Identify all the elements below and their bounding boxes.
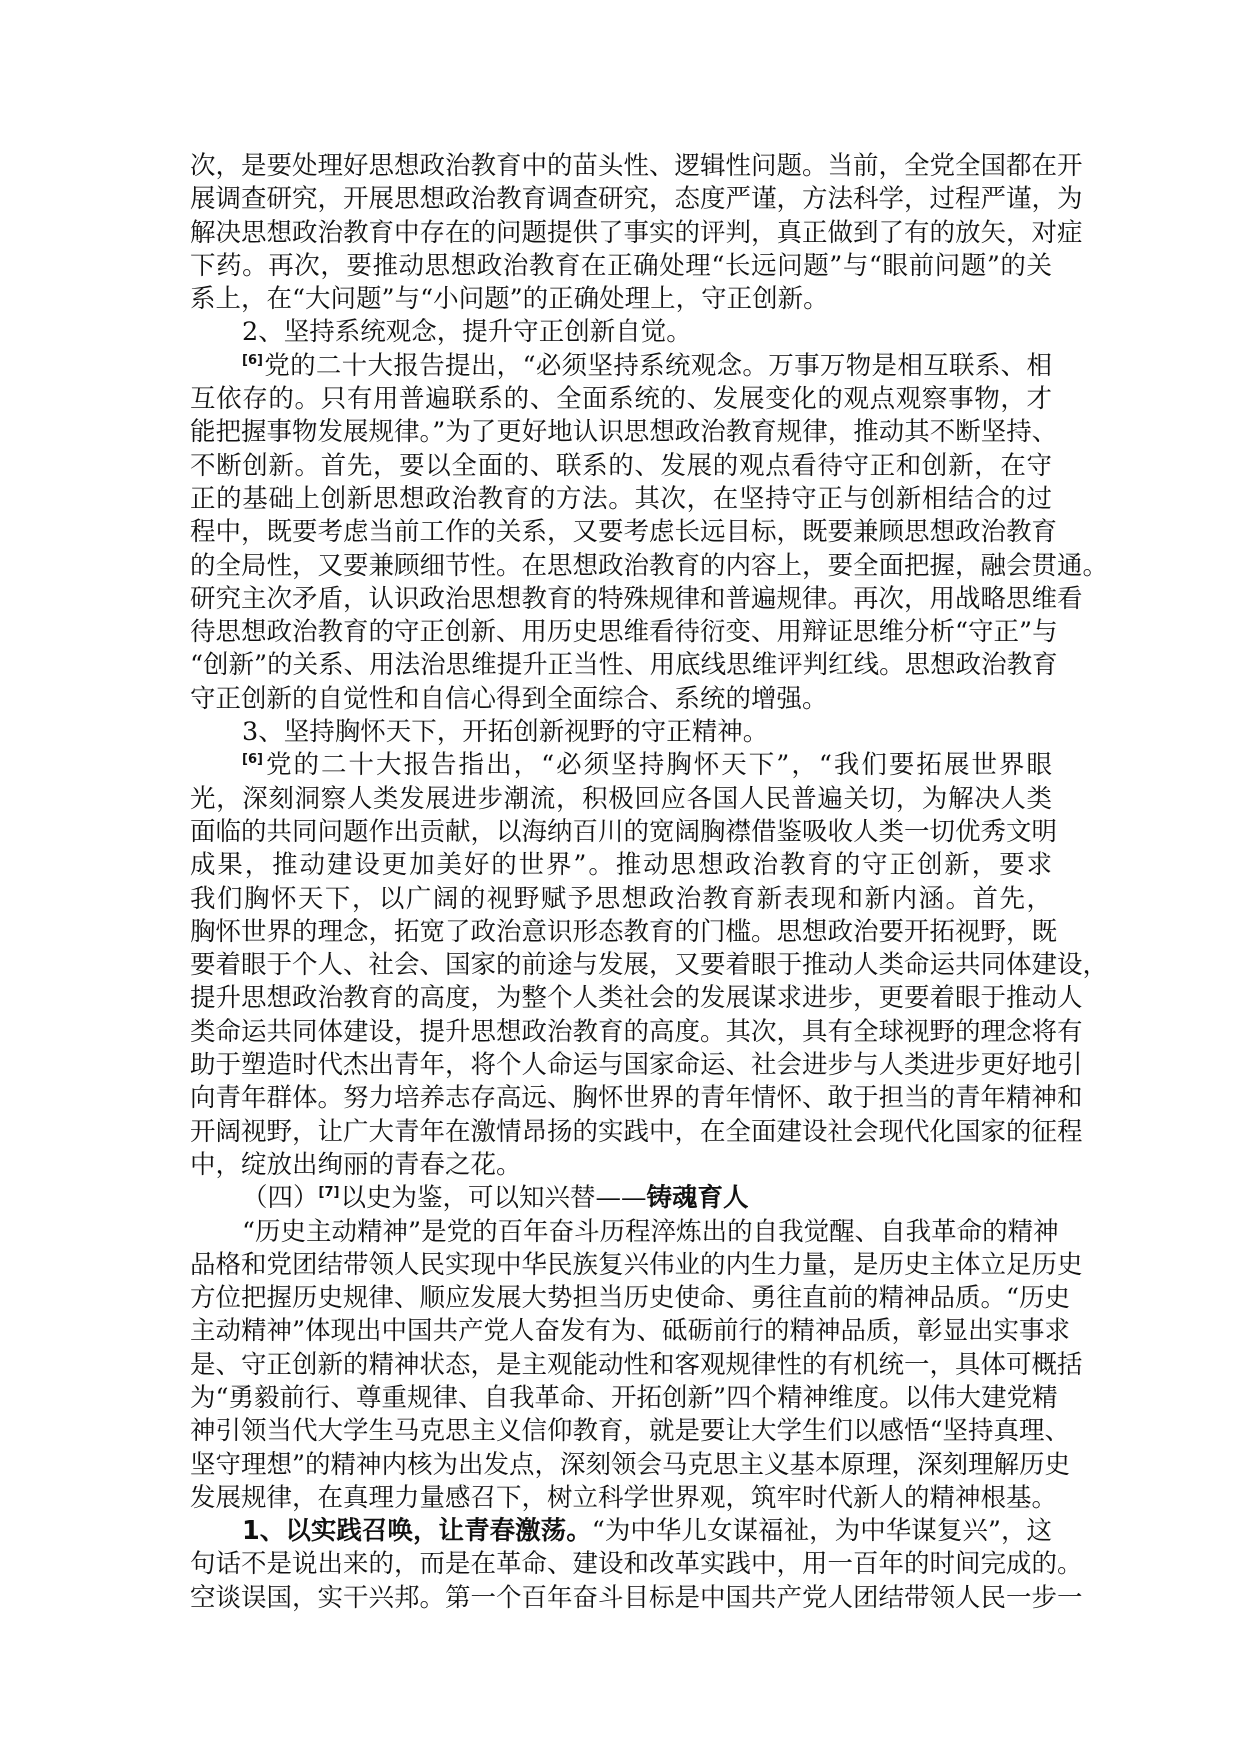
text-line: “历史主动精神”是党的百年奋斗历程淬炼出的自我觉醒、自我革命的精神 — [190, 1216, 1052, 1249]
text-line: 主动精神”体现出中国共产党人奋发有为、砥砺前行的精神品质，彰显出实事求 — [190, 1315, 1052, 1348]
subheading-system-concept: 2、坚持系统观念，提升守正创新自觉。 — [190, 316, 1052, 349]
text-line: 胸怀世界的理念，拓宽了政治意识形态教育的门槛。思想政治要开拓视野，既 — [190, 916, 1052, 949]
text-line: 下药。再次，要推动思想政治教育在正确处理“长远问题”与“眼前问题”的关 — [190, 250, 1052, 283]
section-title-emphasis: 铸魂育人 — [646, 1183, 748, 1213]
text-line: 不断创新。首先，要以全面的、联系的、发展的观点看待守正和创新，在守 — [190, 450, 1052, 483]
text-line: 神引领当代大学生马克思主义信仰教育，就是要让大学生们以感悟“坚持真理、 — [190, 1415, 1052, 1448]
paragraph-system-concept: [6]党的二十大报告提出，“必须坚持系统观念。万事万物是相互联系、相 互依存的。… — [190, 350, 1052, 716]
text-line: 为“勇毅前行、尊重规律、自我革命、开拓创新”四个精神维度。以伟大建党精 — [190, 1382, 1052, 1415]
paragraph-lead-bold: 1、以实践召唤，让青春激荡。 — [242, 1516, 592, 1546]
text-line: 开阔视野，让广大青年在激情昂扬的实践中，在全面建设社会现代化国家的征程 — [190, 1116, 1052, 1149]
paragraph-continuation: 次，是要处理好思想政治教育中的苗头性、逻辑性问题。当前，全党全国都在开 展调查研… — [190, 150, 1052, 316]
text-line: 方位把握历史规律、顺应发展大势担当历史使命、勇往直前的精神品质。“历史 — [190, 1282, 1052, 1315]
text-line: 的全局性，又要兼顾细节性。在思想政治教育的内容上，要全面把握，融会贯通。 — [190, 550, 1052, 583]
paragraph-practice-youth: 1、以实践召唤，让青春激荡。“为中华儿女谋福祉，为中华谋复兴”，这 句话不是说出… — [190, 1515, 1052, 1615]
text-line: 发展规律，在真理力量感召下，树立科学世界观，筑牢时代新人的精神根基。 — [190, 1482, 1052, 1515]
section-heading-four: （四）[7]以史为鉴，可以知兴替——铸魂育人 — [190, 1182, 1052, 1215]
text-span: “为中华儿女谋福祉，为中华谋复兴”，这 — [592, 1516, 1052, 1546]
text-line: 提升思想政治教育的高度，为整个人类社会的发展谋求进步，更要着眼于推动人 — [190, 982, 1052, 1015]
text-line: 品格和党团结带领人民实现中华民族复兴伟业的内生力量，是历史主体立足历史 — [190, 1249, 1052, 1282]
text-span: 党的二十大报告指出，“必须坚持胸怀天下”，“我们要拓展世界眼 — [264, 750, 1052, 780]
text-line: 正的基础上创新思想政治教育的方法。其次，在坚持守正与创新相结合的过 — [190, 483, 1052, 516]
text-line: 坚守理想”的精神内核为出发点，深刻领会马克思主义基本原理，深刻理解历史 — [190, 1449, 1052, 1482]
section-number: （四） — [242, 1183, 319, 1213]
text-line: 助于塑造时代杰出青年，将个人命运与国家命运、社会进步与人类进步更好地引 — [190, 1049, 1052, 1082]
section-title: 以史为鉴，可以知兴替—— — [340, 1183, 646, 1213]
text-line: 要着眼于个人、社会、国家的前途与发展，又要着眼于推动人类命运共同体建设， — [190, 949, 1052, 982]
text-line: 研究主次矛盾，认识政治思想教育的特殊规律和普遍规律。再次，用战略思维看 — [190, 583, 1052, 616]
document-page: 次，是要处理好思想政治教育中的苗头性、逻辑性问题。当前，全党全国都在开 展调查研… — [190, 150, 1052, 1615]
text-line: 成果，推动建设更加美好的世界”。推动思想政治教育的守正创新，要求 — [190, 849, 1052, 882]
text-line: 待思想政治教育的守正创新、用历史思维看待衍变、用辩证思维分析“守正”与 — [190, 616, 1052, 649]
citation-marker: [6] — [242, 353, 263, 368]
text-line: 是、守正创新的精神状态，是主观能动性和客观规律性的有机统一，具体可概括 — [190, 1349, 1052, 1382]
citation-marker: [6] — [242, 752, 263, 767]
text-line: 解决思想政治教育中存在的问题提供了事实的评判，真正做到了有的放矢，对症 — [190, 217, 1052, 250]
text-line: 句话不是说出来的，而是在革命、建设和改革实践中，用一百年的时间完成的。 — [190, 1548, 1052, 1581]
text-line: 我们胸怀天下，以广阔的视野赋予思想政治教育新表现和新内涵。首先， — [190, 883, 1052, 916]
text-line: 能把握事物发展规律。”为了更好地认识思想政治教育规律，推动其不断坚持、 — [190, 416, 1052, 449]
text-line: 光，深刻洞察人类发展进步潮流，积极回应各国人民普遍关切，为解决人类 — [190, 783, 1052, 816]
paragraph-historical-initiative: “历史主动精神”是党的百年奋斗历程淬炼出的自我觉醒、自我革命的精神 品格和党团结… — [190, 1216, 1052, 1516]
text-line: “创新”的关系、用法治思维提升正当性、用底线思维评判红线。思想政治教育 — [190, 649, 1052, 682]
text-line: 面临的共同问题作出贡献，以海纳百川的宽阔胸襟借鉴吸收人类一切优秀文明 — [190, 816, 1052, 849]
text-line: 空谈误国，实干兴邦。第一个百年奋斗目标是中国共产党人团结带领人民一步一 — [190, 1582, 1052, 1615]
text-line: 类命运共同体建设，提升思想政治教育的高度。其次，具有全球视野的理念将有 — [190, 1016, 1052, 1049]
text-line: 向青年群体。努力培养志存高远、胸怀世界的青年情怀、敢于担当的青年精神和 — [190, 1082, 1052, 1115]
text-line: 中，绽放出绚丽的青春之花。 — [190, 1149, 1052, 1182]
text-line: 系上，在“大问题”与“小问题”的正确处理上，守正创新。 — [190, 283, 1052, 316]
text-line: 1、以实践召唤，让青春激荡。“为中华儿女谋福祉，为中华谋复兴”，这 — [190, 1515, 1052, 1548]
text-line: [6]党的二十大报告提出，“必须坚持系统观念。万事万物是相互联系、相 — [190, 350, 1052, 383]
text-line: 程中，既要考虑当前工作的关系，又要考虑长远目标，既要兼顾思想政治教育 — [190, 516, 1052, 549]
paragraph-global-vision: [6]党的二十大报告指出，“必须坚持胸怀天下”，“我们要拓展世界眼 光，深刻洞察… — [190, 749, 1052, 1182]
citation-marker: [7] — [319, 1185, 340, 1200]
text-span: 党的二十大报告提出，“必须坚持系统观念。万事万物是相互联系、相 — [264, 351, 1052, 381]
text-line: 守正创新的自觉性和自信心得到全面综合、系统的增强。 — [190, 683, 1052, 716]
text-line: 次，是要处理好思想政治教育中的苗头性、逻辑性问题。当前，全党全国都在开 — [190, 150, 1052, 183]
text-line: 展调查研究，开展思想政治教育调查研究，态度严谨，方法科学，过程严谨，为 — [190, 183, 1052, 216]
text-line: 互依存的。只有用普遍联系的、全面系统的、发展变化的观点观察事物，才 — [190, 383, 1052, 416]
subheading-global-vision: 3、坚持胸怀天下，开拓创新视野的守正精神。 — [190, 716, 1052, 749]
text-line: [6]党的二十大报告指出，“必须坚持胸怀天下”，“我们要拓展世界眼 — [190, 749, 1052, 782]
